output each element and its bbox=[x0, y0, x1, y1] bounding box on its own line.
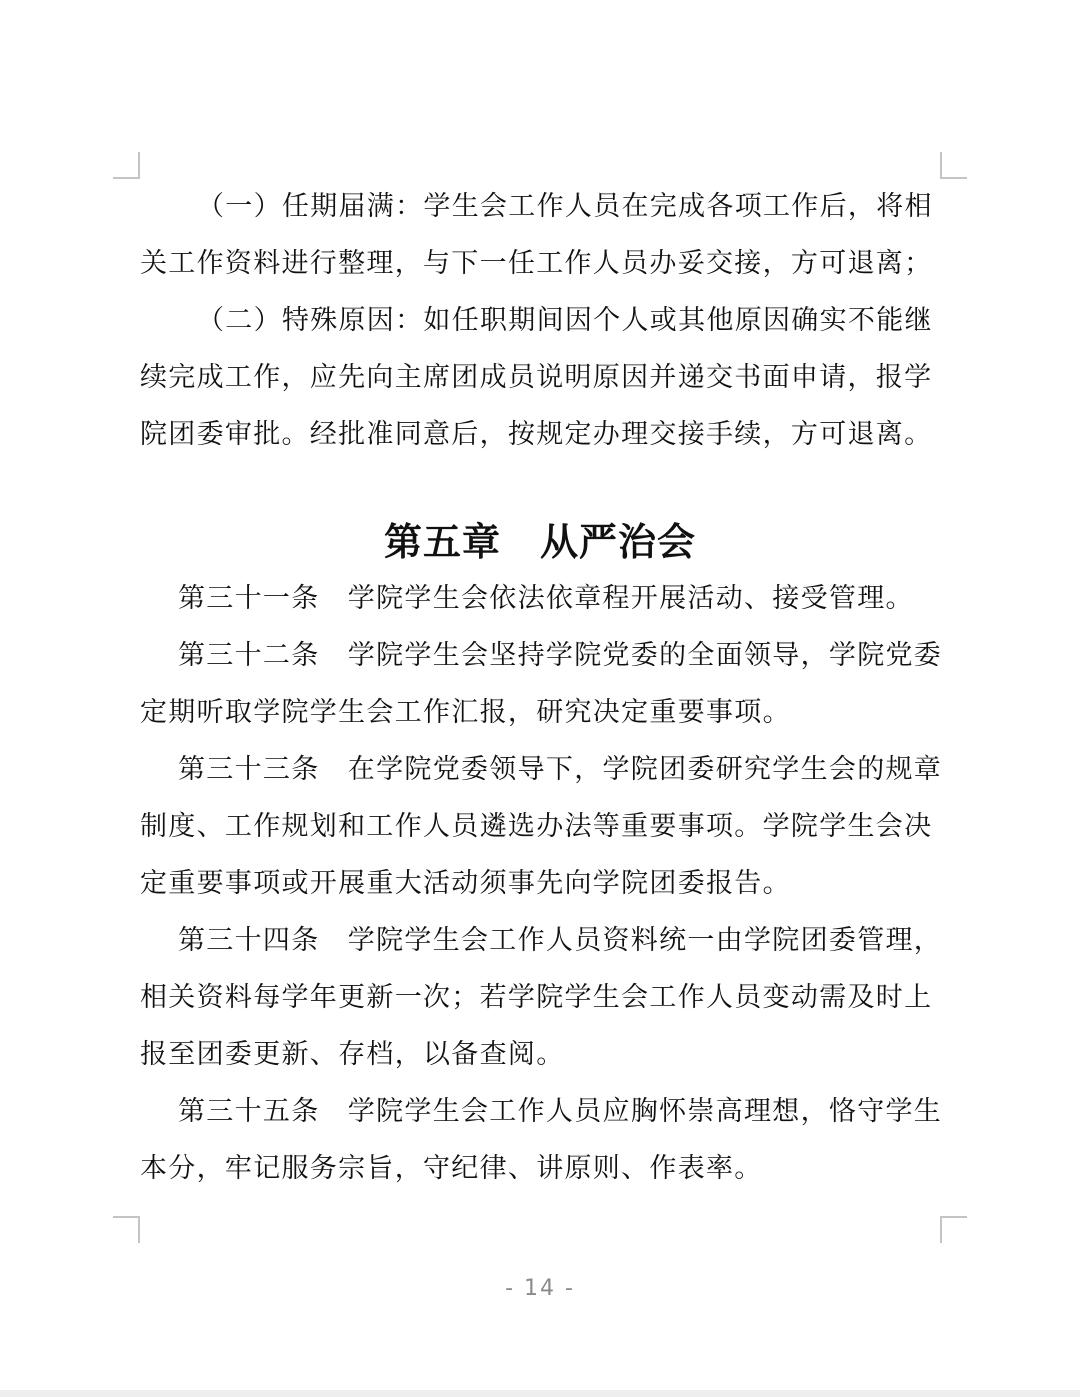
chapter-title: 第五章 从严治会 bbox=[0, 512, 1080, 572]
document-page: （一）任期届满：学生会工作人员在完成各项工作后，将相 关工作资料进行整理，与下一… bbox=[0, 0, 1080, 1390]
article-34-line-1: 第三十四条 学院学生会工作人员资料统一由学院团委管理， bbox=[140, 912, 940, 969]
article-31-line-1: 第三十一条 学院学生会依法依章程开展活动、接受管理。 bbox=[140, 570, 940, 627]
chapter-articles: 第三十一条 学院学生会依法依章程开展活动、接受管理。 第三十二条 学院学生会坚持… bbox=[140, 570, 940, 1197]
item-1-line-1: （一）任期届满：学生会工作人员在完成各项工作后，将相 bbox=[140, 178, 940, 235]
margin-corner-mark-top-right bbox=[940, 152, 967, 179]
article-33-line-1: 第三十三条 在学院党委领导下，学院团委研究学生会的规章 bbox=[140, 741, 940, 798]
article-32-line-2: 定期听取学院学生会工作汇报，研究决定重要事项。 bbox=[140, 684, 940, 741]
item-1-line-2: 关工作资料进行整理，与下一任工作人员办妥交接，方可退离； bbox=[140, 235, 940, 292]
article-35-line-2: 本分，牢记服务宗旨，守纪律、讲原则、作表率。 bbox=[140, 1140, 940, 1197]
viewer-bottom-edge bbox=[0, 1390, 1080, 1397]
margin-corner-mark-bottom-right bbox=[940, 1216, 967, 1243]
article-35-line-1: 第三十五条 学院学生会工作人员应胸怀崇高理想，恪守学生 bbox=[140, 1083, 940, 1140]
previous-section-items: （一）任期届满：学生会工作人员在完成各项工作后，将相 关工作资料进行整理，与下一… bbox=[140, 178, 940, 463]
margin-corner-mark-bottom-left bbox=[113, 1216, 140, 1243]
article-34-line-2: 相关资料每学年更新一次；若学院学生会工作人员变动需及时上 bbox=[140, 969, 940, 1026]
article-33-line-3: 定重要事项或开展重大活动须事先向学院团委报告。 bbox=[140, 855, 940, 912]
item-2-line-3: 院团委审批。经批准同意后，按规定办理交接手续，方可退离。 bbox=[140, 406, 940, 463]
page-number: - 14 - bbox=[0, 1276, 1080, 1301]
article-32-line-1: 第三十二条 学院学生会坚持学院党委的全面领导，学院党委 bbox=[140, 627, 940, 684]
margin-corner-mark-top-left bbox=[113, 152, 140, 179]
item-2-line-1: （二）特殊原因：如任职期间因个人或其他原因确实不能继 bbox=[140, 292, 940, 349]
article-34-line-3: 报至团委更新、存档，以备查阅。 bbox=[140, 1026, 940, 1083]
article-33-line-2: 制度、工作规划和工作人员遴选办法等重要事项。学院学生会决 bbox=[140, 798, 940, 855]
item-2-line-2: 续完成工作，应先向主席团成员说明原因并递交书面申请，报学 bbox=[140, 349, 940, 406]
